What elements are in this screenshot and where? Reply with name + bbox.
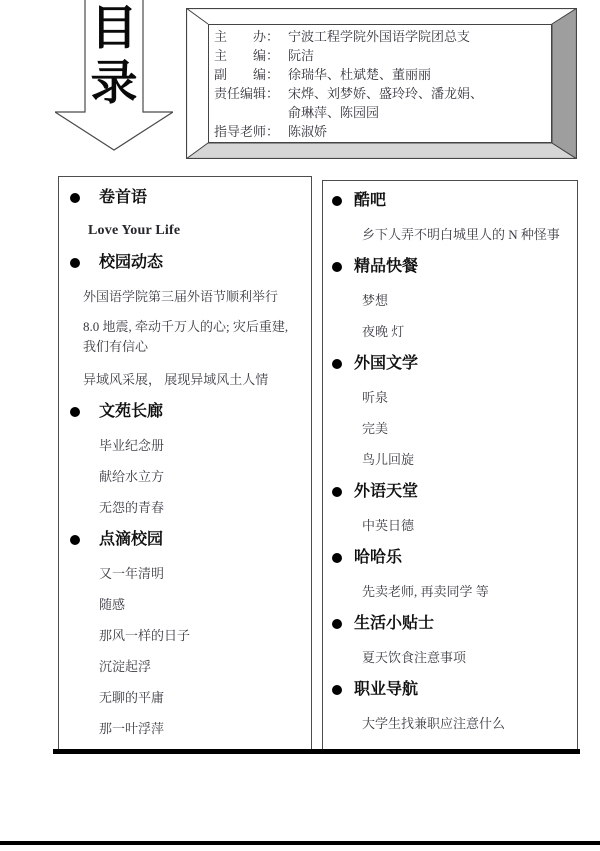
credit-row-chief-editor: 主 编： 阮洁 — [214, 46, 550, 65]
credit-value: 宋烨、刘梦娇、盛玲玲、潘龙娟、 俞琳萍、陈园园 — [288, 84, 483, 122]
bullet-icon — [332, 487, 342, 497]
toc-entry: 夏天饮食注意事项 — [362, 649, 573, 666]
section-diandi-xiaoyuan: 点滴校园 又一年清明 随感 那风一样的日子 沉淀起浮 无聊的平庸 那一叶浮萍 — [70, 529, 307, 737]
credit-label: 主 办： — [214, 27, 288, 46]
credit-value: 徐瑞华、杜斌楚、董丽丽 — [288, 65, 431, 84]
credit-label: 主 编： — [214, 46, 288, 65]
down-arrow-shape: 目 录 — [55, 0, 173, 151]
credit-row-deputy-editor: 副 编： 徐瑞华、杜斌楚、董丽丽 — [214, 65, 550, 84]
toc-entry: 无聊的平庸 — [99, 689, 307, 706]
masthead-char: 录 — [91, 59, 138, 110]
section-title: 生活小贴士 — [354, 613, 434, 635]
bullet-icon — [70, 535, 80, 545]
section-title: 外语天堂 — [354, 481, 418, 503]
section-zhiye-daohang: 职业导航 大学生找兼职应注意什么 — [332, 679, 573, 732]
columns-bottom-rule — [53, 749, 580, 754]
section-heading: 哈哈乐 — [332, 547, 573, 569]
credit-value: 阮洁 — [288, 46, 314, 65]
toc-entry: 外国语学院第三届外语节顺利举行 — [83, 288, 307, 305]
credit-row-organizer: 主 办： 宁波工程学院外国语学院团总支 — [214, 27, 550, 46]
toc-entry: 夜晚 灯 — [362, 323, 573, 340]
section-title: 点滴校园 — [99, 529, 163, 551]
toc-column-left: 卷首语 Love Your Life 校园动态 外国语学院第三届外语节顺利举行 … — [58, 176, 312, 750]
section-hahale: 哈哈乐 先卖老师, 再卖同学 等 — [332, 547, 573, 600]
section-heading: 卷首语 — [70, 187, 307, 209]
bullet-icon — [70, 407, 80, 417]
section-juanshouyu: 卷首语 Love Your Life — [70, 187, 307, 239]
bullet-icon — [332, 359, 342, 369]
section-title: 文苑长廊 — [99, 401, 163, 423]
credit-label: 指导老师： — [214, 122, 288, 141]
bullet-icon — [70, 193, 80, 203]
toc-entry: 又一年清明 — [99, 565, 307, 582]
credits-frame: 主 办： 宁波工程学院外国语学院团总支 主 编： 阮洁 副 编： 徐瑞华、杜斌楚… — [186, 8, 577, 159]
section-waiguo-wenxue: 外国文学 听泉 完美 鸟儿回旋 — [332, 353, 573, 468]
section-heading: 生活小贴士 — [332, 613, 573, 635]
bullet-icon — [332, 685, 342, 695]
toc-entry: 大学生找兼职应注意什么 — [362, 715, 573, 732]
toc-entry: 随感 — [99, 596, 307, 613]
section-heading: 酷吧 — [332, 190, 573, 212]
section-heading: 精品快餐 — [332, 256, 573, 278]
section-heading: 点滴校园 — [70, 529, 307, 551]
credit-row-advisor: 指导老师： 陈淑娇 — [214, 122, 550, 141]
credit-label: 责任编辑： — [214, 84, 288, 122]
toc-entry: 完美 — [362, 420, 573, 437]
toc-entry: 鸟儿回旋 — [362, 451, 573, 468]
section-heading: 外语天堂 — [332, 481, 573, 503]
credit-value: 陈淑娇 — [288, 122, 327, 141]
toc-entry: 毕业纪念册 — [99, 437, 307, 454]
section-wenyuan-changlang: 文苑长廊 毕业纪念册 献给水立方 无怨的青春 — [70, 401, 307, 516]
section-title: 外国文学 — [354, 353, 418, 375]
section-title: 职业导航 — [354, 679, 418, 701]
section-heading: 校园动态 — [70, 252, 307, 274]
toc-entry: 那风一样的日子 — [99, 627, 307, 644]
bullet-icon — [332, 196, 342, 206]
toc-entry: 无怨的青春 — [99, 499, 307, 516]
toc-entry: 沉淀起浮 — [99, 658, 307, 675]
toc-entry: 那一叶浮萍 — [99, 720, 307, 737]
credit-value: 宁波工程学院外国语学院团总支 — [288, 27, 470, 46]
section-kuba: 酷吧 乡下人弄不明白城里人的 N 种怪事 — [332, 190, 573, 243]
section-shenghuo-xiaotieshi: 生活小贴士 夏天饮食注意事项 — [332, 613, 573, 666]
toc-entry: 乡下人弄不明白城里人的 N 种怪事 — [362, 226, 573, 243]
toc-page: { "masthead": { "label": "目录", "chars": … — [0, 0, 600, 851]
toc-entry: 听泉 — [362, 389, 573, 406]
bullet-icon — [332, 619, 342, 629]
section-jingpin-kuaican: 精品快餐 梦想 夜晚 灯 — [332, 256, 573, 340]
section-title: 校园动态 — [99, 252, 163, 274]
credit-row-responsible-editors: 责任编辑： 宋烨、刘梦娇、盛玲玲、潘龙娟、 俞琳萍、陈园园 — [214, 84, 550, 122]
toc-entry: 先卖老师, 再卖同学 等 — [362, 583, 573, 600]
bullet-icon — [332, 553, 342, 563]
toc-entry: 梦想 — [362, 292, 573, 309]
section-title: 精品快餐 — [354, 256, 418, 278]
credit-label: 副 编： — [214, 65, 288, 84]
section-title: 酷吧 — [354, 190, 386, 212]
section-heading: 外国文学 — [332, 353, 573, 375]
section-title: 卷首语 — [99, 187, 147, 209]
toc-entry: 中英日德 — [362, 517, 573, 534]
bullet-icon — [70, 258, 80, 268]
masthead-title: 目 录 — [85, 4, 143, 110]
section-heading: 职业导航 — [332, 679, 573, 701]
toc-entry: 献给水立方 — [99, 468, 307, 485]
section-heading: 文苑长廊 — [70, 401, 307, 423]
toc-entry: 异域风采展， 展现异域风土人情 — [83, 371, 307, 388]
section-title: 哈哈乐 — [354, 547, 402, 569]
page-bottom-rule — [0, 841, 600, 845]
masthead-char: 目 — [91, 4, 138, 55]
toc-entry: Love Your Life — [88, 222, 307, 239]
section-xiaoyuan-dongtai: 校园动态 外国语学院第三届外语节顺利举行 8.0 地震, 牵动千万人的心; 灾后… — [70, 252, 307, 388]
toc-column-right: 酷吧 乡下人弄不明白城里人的 N 种怪事 精品快餐 梦想 夜晚 灯 外国文学 听… — [322, 180, 578, 750]
credits-block: 主 办： 宁波工程学院外国语学院团总支 主 编： 阮洁 副 编： 徐瑞华、杜斌楚… — [214, 27, 550, 141]
bullet-icon — [332, 262, 342, 272]
toc-entry: 8.0 地震, 牵动千万人的心; 灾后重建, 我们有信心 — [83, 317, 307, 357]
section-waiyu-tiantang: 外语天堂 中英日德 — [332, 481, 573, 534]
